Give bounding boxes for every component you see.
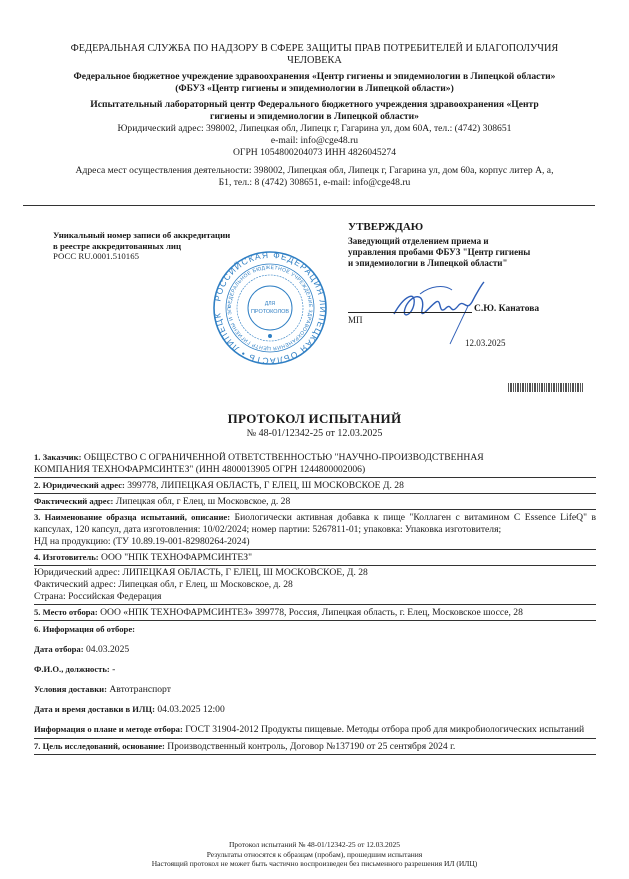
email: e-mail: info@cge48.ru xyxy=(0,135,629,147)
footer-protocol-ref: Протокол испытаний № 48-01/12342-25 от 1… xyxy=(0,840,629,850)
lab-name-line1: Испытательный лабораторный центр Федерал… xyxy=(0,99,629,111)
sampling-date-label: Дата отбора: xyxy=(34,644,84,654)
section-customer: 1. Заказчик: ОБЩЕСТВО С ОГРАНИЧЕННОЙ ОТВ… xyxy=(34,450,596,478)
approver-position-1: Заведующий отделением приема и xyxy=(348,236,608,247)
sampling-plan-value: ГОСТ 31904-2012 Продукты пищевые. Методы… xyxy=(183,724,584,735)
accreditation-label-1: Уникальный номер записи об аккредитации xyxy=(53,230,273,241)
lab-name-line2: гигиены и эпидемиологии в Липецкой облас… xyxy=(0,111,629,123)
approver-position-3: и эпидемиологии в Липецкой области" xyxy=(348,258,608,269)
agency-name: ФЕДЕРАЛЬНАЯ СЛУЖБА ПО НАДЗОРУ В СФЕРЕ ЗА… xyxy=(0,43,629,55)
manufacturer-actual-address: Фактический адрес: Липецкая обл, г Елец,… xyxy=(34,579,596,591)
delivery-conditions-value: Автотранспорт xyxy=(107,684,171,695)
delivery-time-label: Дата и время доставки в ИЛЦ: xyxy=(34,704,155,714)
approval-title: УТВЕРЖДАЮ xyxy=(348,222,608,233)
delivery-time-value: 04.03.2025 12:00 xyxy=(155,704,225,715)
header-divider xyxy=(23,205,595,206)
activity-address-line2: Б1, тел.: 8 (4742) 308651, e-mail: info@… xyxy=(0,177,629,189)
legal-address-value: 399778, ЛИПЕЦКАЯ ОБЛАСТЬ, Г ЕЛЕЦ, Ш МОСК… xyxy=(125,480,404,491)
institution-name: Федеральное бюджетное учреждение здравоо… xyxy=(0,71,629,83)
sampling-info-label: 6. Информация об отборе: xyxy=(34,624,135,634)
section-actual-address: Фактический адрес: Липецкая обл, г Елец,… xyxy=(34,494,596,510)
lab-header: Испытательный лабораторный центр Федерал… xyxy=(0,99,629,159)
sample-label: 3. Наименование образца испытаний, описа… xyxy=(34,512,230,522)
purpose-label: 7. Цель исследований, основание: xyxy=(34,741,165,751)
institution-short-name: (ФБУЗ «Центр гигиены и эпидемиологии в Л… xyxy=(0,83,629,95)
protocol-title: ПРОТОКОЛ ИСПЫТАНИЙ xyxy=(0,411,629,427)
sample-nd: НД на продукцию: (ТУ 10.89.19-001-829802… xyxy=(34,536,596,548)
activity-address-line1: Адреса мест осуществления деятельности: … xyxy=(0,165,629,177)
actual-address-label: Фактический адрес: xyxy=(34,496,113,506)
section-sample: 3. Наименование образца испытаний, описа… xyxy=(34,510,596,550)
section-sampling-info: 6. Информация об отборе: Дата отбора: 04… xyxy=(34,621,596,739)
actual-address-value: Липецкая обл, г Елец, ш Московское, д. 2… xyxy=(113,496,290,507)
barcode-icon xyxy=(508,383,596,392)
footer-reproduction-note: Настоящий протокол не может быть частичн… xyxy=(0,859,629,869)
svg-text:ПРОТОКОЛОВ: ПРОТОКОЛОВ xyxy=(251,309,289,315)
purpose-value: Производственный контроль, Договор №1371… xyxy=(165,741,455,752)
legal-address-label: 2. Юридический адрес: xyxy=(34,480,125,490)
institution-header: Федеральное бюджетное учреждение здравоо… xyxy=(0,71,629,95)
delivery-conditions-label: Условия доставки: xyxy=(34,684,107,694)
manufacturer-country: Страна: Российская Федерация xyxy=(34,591,596,603)
legal-address: Юридический адрес: 398002, Липецкая обл,… xyxy=(0,123,629,135)
footer-results-note: Результаты относятся к образцам (пробам)… xyxy=(0,850,629,860)
agency-name-cont: ЧЕЛОВЕКА xyxy=(0,55,629,67)
seal-place-label: МП xyxy=(348,315,363,325)
signatory-name: С.Ю. Канатова xyxy=(474,304,539,314)
ogrn-inn: ОГРН 1054800204073 ИНН 4826045274 xyxy=(0,147,629,159)
approver-position-2: управления пробами ФБУЗ "Центр гигиены xyxy=(348,247,608,258)
customer-label: 1. Заказчик: xyxy=(34,452,81,462)
sampler-label: Ф.И.О., должность: xyxy=(34,664,110,674)
approval-block: УТВЕРЖДАЮ Заведующий отделением приема и… xyxy=(348,222,608,269)
section-legal-address: 2. Юридический адрес: 399778, ЛИПЕЦКАЯ О… xyxy=(34,478,596,494)
svg-text:ДЛЯ: ДЛЯ xyxy=(265,301,276,307)
customer-text-2: КОМПАНИЯ ТЕХНОФАРМСИНТЕЗ" (ИНН 480001390… xyxy=(34,464,596,476)
page-footer: Протокол испытаний № 48-01/12342-25 от 1… xyxy=(0,840,629,869)
manufacturer-name: ООО "НПК ТЕХНОФАРМСИНТЕЗ" xyxy=(99,552,252,563)
sampling-plan-label: Информация о плане и методе отбора: xyxy=(34,724,183,734)
signature-line xyxy=(348,312,472,313)
sampling-place-label: 5. Место отбора: xyxy=(34,607,98,617)
manufacturer-legal-address: Юридический адрес: ЛИПЕЦКАЯ ОБЛАСТЬ, Г Е… xyxy=(34,567,596,579)
sampling-place-value: ООО «НПК ТЕХНОФАРМСИНТЕЗ» 399778, Россия… xyxy=(98,607,523,618)
sampling-date-value: 04.03.2025 xyxy=(84,644,130,655)
agency-header: ФЕДЕРАЛЬНАЯ СЛУЖБА ПО НАДЗОРУ В СФЕРЕ ЗА… xyxy=(0,43,629,67)
activity-address: Адреса мест осуществления деятельности: … xyxy=(0,165,629,189)
section-manufacturer-details: Юридический адрес: ЛИПЕЦКАЯ ОБЛАСТЬ, Г Е… xyxy=(34,566,596,604)
section-purpose: 7. Цель исследований, основание: Произво… xyxy=(34,739,596,755)
section-manufacturer: 4. Изготовитель: ООО "НПК ТЕХНОФАРМСИНТЕ… xyxy=(34,550,596,566)
manufacturer-label: 4. Изготовитель: xyxy=(34,552,99,562)
approval-date: 12.03.2025 xyxy=(465,338,506,348)
section-sampling-place: 5. Место отбора: ООО «НПК ТЕХНОФАРМСИНТЕ… xyxy=(34,604,596,621)
protocol-number: № 48-01/12342-25 от 12.03.2025 xyxy=(0,428,629,439)
sampler-value: - xyxy=(110,664,116,675)
official-stamp-icon: РОССИЙСКАЯ ФЕДЕРАЦИЯ ЛИПЕЦКАЯ ОБЛАСТЬ • … xyxy=(212,250,328,366)
customer-text-1: ОБЩЕСТВО С ОГРАНИЧЕННОЙ ОТВЕТСТВЕННОСТЬЮ… xyxy=(81,452,483,463)
protocol-sections: 1. Заказчик: ОБЩЕСТВО С ОГРАНИЧЕННОЙ ОТВ… xyxy=(34,450,596,755)
